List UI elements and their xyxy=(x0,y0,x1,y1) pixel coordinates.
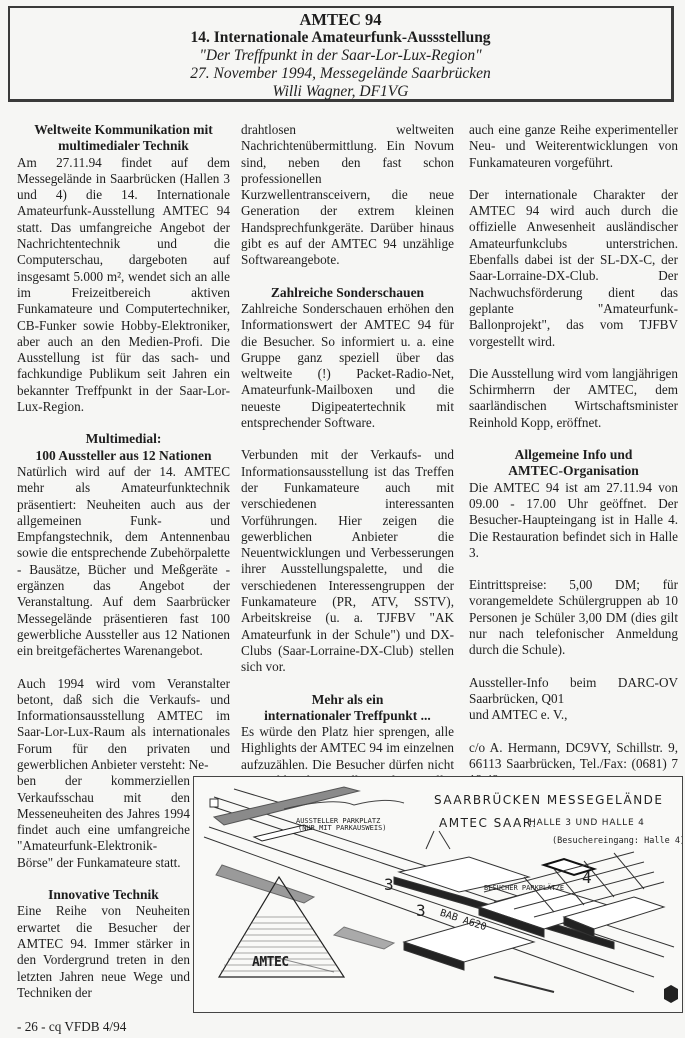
paragraph: Eintrittspreise: 5,00 DM; für vorangemel… xyxy=(469,577,678,658)
map-subtitle-a: AMTEC SAAR: xyxy=(439,816,538,830)
paragraph: Natürlich wird auf der 14. AMTEC mehr al… xyxy=(17,464,230,660)
article-title: AMTEC 94 xyxy=(10,11,671,29)
page-footer: - 26 - cq VFDB 4/94 xyxy=(17,1019,126,1035)
paragraph: Am 27.11.94 findet auf dem Messegelände … xyxy=(17,155,230,416)
hall-4-label: 4 xyxy=(582,868,592,887)
paragraph: ben der kommerziellen Verkaufsschau mit … xyxy=(17,773,190,871)
section-heading: Multimedial:100 Aussteller aus 12 Nation… xyxy=(17,431,230,464)
paragraph: Eine Reihe von Neuheiten erwartet die Be… xyxy=(17,903,190,1001)
column-3: auch eine ganze Reihe experimenteller Ne… xyxy=(469,122,678,804)
venue-map: SAARBRÜCKEN MESSEGELÄNDE AMTEC SAAR: HAL… xyxy=(193,776,683,1013)
amtec-logo-text: AMTEC xyxy=(252,955,289,970)
paragraph: auch eine ganze Reihe experimenteller Ne… xyxy=(469,122,678,171)
column-2: drahtlosen weltweiten Nachrichtenübermit… xyxy=(241,122,454,822)
article-date-place: 27. November 1994, Messegelände Saarbrüc… xyxy=(10,65,671,83)
paragraph: drahtlosen weltweiten Nachrichtenübermit… xyxy=(241,122,454,269)
article-subtitle: 14. Internationale Amateurfunk-Aussstell… xyxy=(10,29,671,47)
map-title: SAARBRÜCKEN MESSEGELÄNDE xyxy=(434,793,664,807)
paragraph: Die AMTEC 94 ist am 27.11.94 von 09.00 -… xyxy=(469,480,678,561)
paragraph: Zahlreiche Sonderschauen erhöhen den Inf… xyxy=(241,301,454,431)
article-tagline: "Der Treffpunkt in der Saar-Lor-Lux-Regi… xyxy=(10,47,671,65)
section-heading: Allgemeine Info undAMTEC-Organisation xyxy=(469,447,678,480)
article-author: Willi Wagner, DF1VG xyxy=(10,83,671,101)
paragraph: Verbunden mit der Verkaufs- und Informat… xyxy=(241,447,454,675)
map-subtitle-b: HALLE 3 UND HALLE 4 xyxy=(529,818,645,828)
section-heading: Mehr als eininternationaler Treffpunkt .… xyxy=(241,692,454,725)
venue-map-drawing xyxy=(194,777,683,1013)
hall-3-marker: 3 xyxy=(416,901,426,920)
section-heading: Zahlreiche Sonderschauen xyxy=(241,285,454,301)
map-entrance-note: (Besuchereingang: Halle 4) xyxy=(552,836,683,846)
visitor-parking-label: BESUCHER PARKPLÄTZE xyxy=(484,884,564,892)
exit-sign-icon xyxy=(664,985,678,1003)
paragraph: Die Ausstellung wird vom langjährigen Sc… xyxy=(469,366,678,431)
hall-3-label: 3 xyxy=(384,875,394,894)
paragraph: Auch 1994 wird vom Veranstalter betont, … xyxy=(17,676,230,774)
paragraph: Der internationale Charakter der AMTEC 9… xyxy=(469,187,678,350)
article-header: AMTEC 94 14. Internationale Amateurfunk-… xyxy=(8,6,674,102)
exhibitor-parking-sublabel: (NUR MIT PARKAUSWEIS) xyxy=(298,824,387,832)
section-heading: Innovative Technik xyxy=(17,887,190,903)
section-heading: Weltweite Kommunikation mitmultimedialer… xyxy=(17,122,230,155)
paragraph: Aussteller-Info beim DARC-OV Saarbrücken… xyxy=(469,675,678,724)
